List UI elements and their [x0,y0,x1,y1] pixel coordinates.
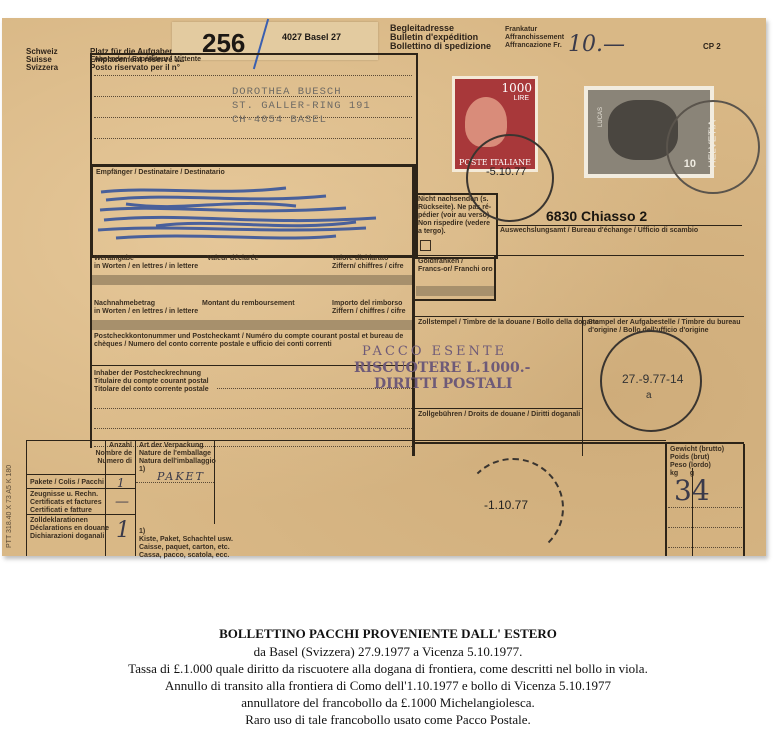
sender-line-3: CH-4054 BASEL [232,114,327,126]
franking-label: Frankatur Affranchissement Affrancazione… [505,26,564,50]
cod-fr: Montant du remboursement [202,300,295,308]
recipient-label: Empfänger / Destinataire / Destinatario [96,169,225,177]
caption-line-5: Raro uso di tale francobollo usato come … [0,712,776,728]
swiss-stamp-subject: LUCAS [598,107,604,127]
count-header: Anzahl Nombre de Numero di [62,442,132,466]
basel-origin-date: 27.-9.77-14 [622,372,683,386]
franking-value: 10.— [568,32,625,57]
value-declared-fr: Valeur déclarée [207,255,258,263]
caption-line-2: Tassa di £.1.000 quale diritto da riscuo… [0,661,776,677]
row-label-2: Zeugnisse u. Rechn. Certificats et factu… [30,491,102,515]
italy-stamp-value: 1000 [501,81,532,95]
value-declared-it: Valore dichiarato Ziffern/ chiffres / ci… [332,255,404,271]
value-declared-label: Wertangabe in Worten / en lettres / in l… [94,255,198,271]
parcel-card: Schweiz Suisse Svizzera Platz für die Au… [2,18,766,556]
como-postmark: -1.10.77 [462,458,564,558]
row-label-1: Pakete / Colis / Pacchi [30,479,104,487]
postcheck-label: Postcheckkontonummer und Postcheckamt / … [94,333,403,349]
italy-stamp-unit: LIRE [513,95,529,102]
label-office: 4027 Basel 27 [282,32,341,42]
exchange-office-label: Auswechslungsamt / Bureau d'échange / Uf… [500,227,698,235]
country-label: Schweiz Suisse Svizzera [26,48,58,72]
exchange-office: 6830 Chiasso 2 [546,208,647,224]
sender-line-1: DOROTHEA BUESCH [232,86,342,98]
account-holder-label: Inhaber der Postcheckrechnung Titulaire … [94,370,209,394]
sender-line-2: ST. GALLER-RING 191 [232,100,371,112]
vicenza-postmark: -5.10.77 [466,134,554,222]
form-code: CP 2 [703,42,721,52]
row-value-3: 1 [116,518,130,543]
sender-label: Absender / Expéditeur / Mittente [94,56,201,64]
cod-label: Nachnahmebetrag in Worten / en lettres /… [94,300,198,316]
row-label-3: Zolldeklarationen Déclarations en douane… [30,517,109,541]
violet-stamp-line-1: PACCO ESENTE [362,344,507,359]
weight-value: 34 [674,474,710,507]
basel-origin-letter: a [646,390,652,401]
recipient-scribbled-out [96,182,386,246]
caption-line-1: da Basel (Svizzera) 27.9.1977 a Vicenza … [0,644,776,660]
violet-stamp-line-3: DIRITTI POSTALI [374,376,512,392]
form-title: Begleitadresse Bulletin d'expédition Bol… [390,24,491,51]
como-postmark-date: -1.10.77 [484,498,528,512]
weight-label: Gewicht (brutto) Poids (brut) Peso (lord… [670,446,724,470]
customs-stamp-label: Zollstempel / Timbre de la douane / Boll… [418,319,599,327]
vicenza-postmark-date: -5.10.77 [486,166,526,178]
cod-it: Importo del rimborso Ziffern / chiffres … [332,300,406,316]
caption-line-3: Annullo di transito alla frontiera di Co… [0,678,776,694]
customs-fees-label: Zollgebühren / Droits de douane / Diritt… [418,411,580,419]
caption-line-4: annullatore del francobollo da £.1000 Mi… [0,695,776,711]
side-print: PTT 318.40 X 73 A5 K 180 [6,465,14,548]
basel-top-postmark [666,100,760,194]
packing-note: 1) Kiste, Paket, Schachtel usw. Caisse, … [139,528,233,560]
caption-title: BOLLETTINO PACCHI PROVENIENTE DALL' ESTE… [0,626,776,642]
row-value-2: — [115,494,129,510]
no-return-checkbox[interactable] [420,240,431,251]
violet-stamp-line-2: RISCUOTERE L.1000.- [354,360,530,376]
gold-francs-label: Goldfranken / Francs-or/ Franchi oro [418,258,493,274]
basel-origin-postmark: 27.-9.77-14 a [600,330,702,432]
